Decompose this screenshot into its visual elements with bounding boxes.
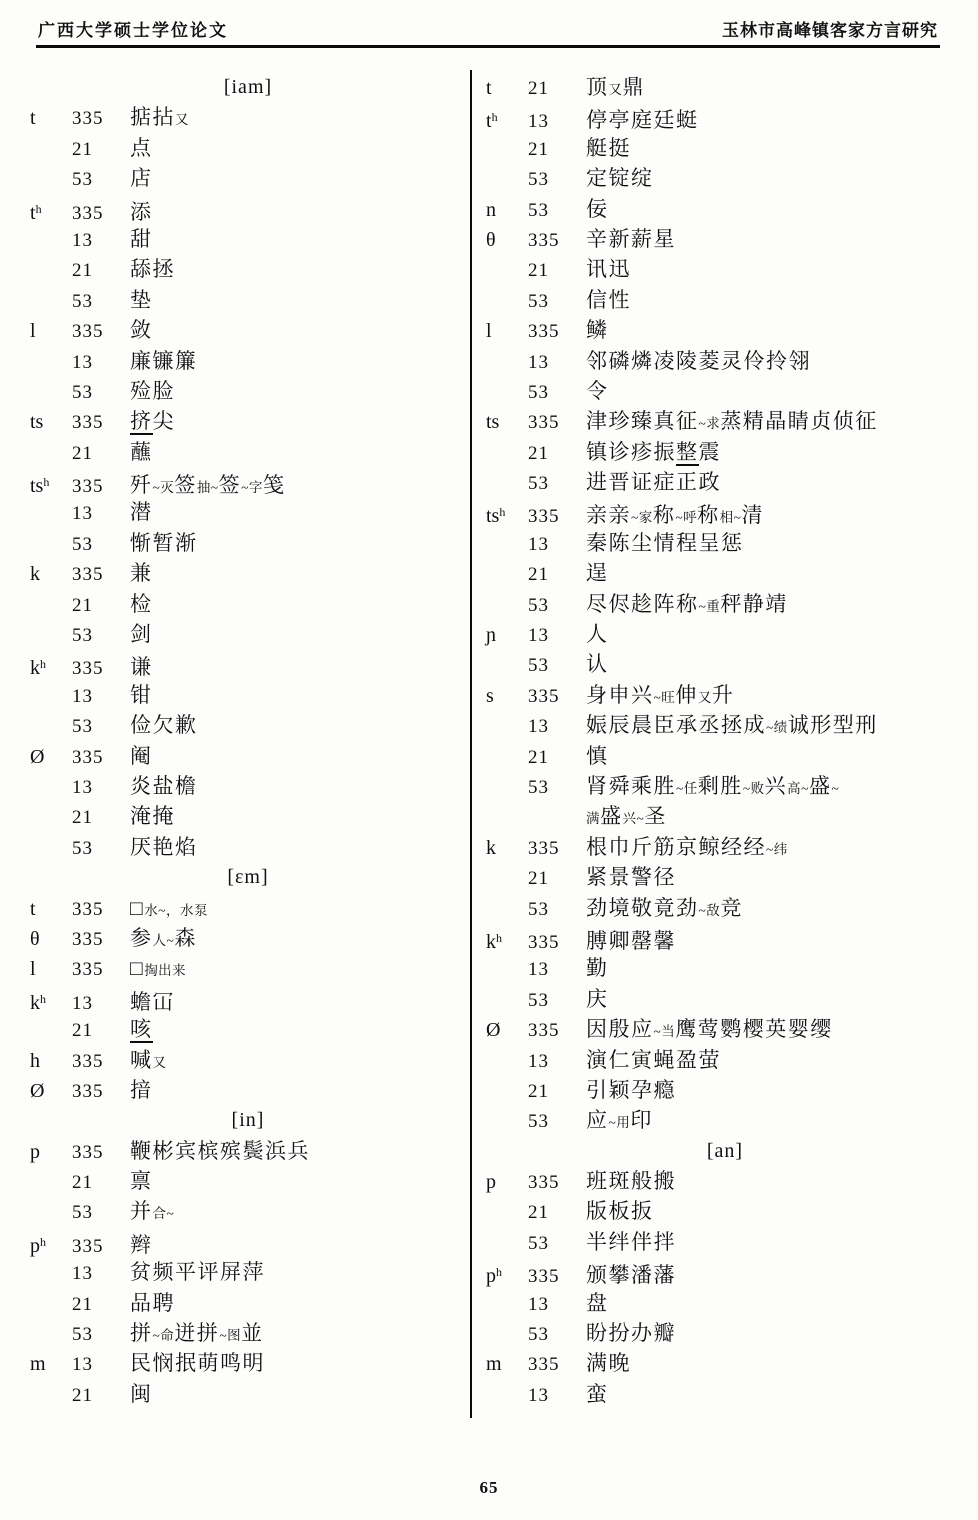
tone-number: 335 bbox=[72, 925, 130, 955]
character-group: 定锭绽 bbox=[586, 166, 654, 190]
tone-number: 13 bbox=[528, 1047, 586, 1077]
initial-consonant: k bbox=[30, 559, 72, 589]
usage-annotation: 水~，水泵 bbox=[144, 903, 208, 918]
entry-row: k335根巾斤筋京鲸经经~纬 bbox=[486, 832, 964, 862]
initial-consonant: th bbox=[30, 194, 72, 228]
entry-row: 53令 bbox=[486, 376, 964, 406]
entry-row: 53厌艳焰 bbox=[30, 832, 466, 862]
usage-annotation: ~ bbox=[831, 781, 839, 796]
entry-row: t335掂拈又 bbox=[30, 102, 466, 132]
right-column: t21顶又鼎th13停亭庭廷蜓21艇挺53定锭绽n53佞θ335辛新薪星21讯迅… bbox=[486, 72, 964, 1409]
homophone-characters: 半绊伴拌 bbox=[586, 1227, 676, 1257]
entry-row: kh335膊卿罄馨 bbox=[486, 923, 964, 953]
entry-row: l335敛 bbox=[30, 315, 466, 345]
character-group: 闽 bbox=[130, 1382, 153, 1406]
homophone-characters: 膊卿罄馨 bbox=[586, 926, 676, 956]
homophone-characters: 根巾斤筋京鲸经经~纬 bbox=[586, 832, 788, 865]
rhyme-section-header: [iam] bbox=[30, 72, 466, 102]
character-group: 蟾冚 bbox=[130, 990, 175, 1014]
initial-consonant: θ bbox=[486, 225, 528, 255]
usage-annotation: ~图 bbox=[219, 1328, 241, 1343]
entry-row: 13邻磷燐凌陵菱灵伶拎翎 bbox=[486, 346, 964, 376]
tone-number: 53 bbox=[528, 895, 586, 925]
entry-row: kh13蟾冚 bbox=[30, 984, 466, 1014]
tone-number: 53 bbox=[528, 986, 586, 1016]
character-group: 竞 bbox=[720, 896, 743, 920]
tone-number: 53 bbox=[528, 469, 586, 499]
entry-row: ts335津珍臻真征~求蒸精晶睛贞侦征 bbox=[486, 406, 964, 436]
entry-row: 21舔拯 bbox=[30, 254, 466, 284]
homophone-characters: 俭欠歉 bbox=[130, 710, 198, 740]
character-group: 镇诊疹振 bbox=[586, 440, 676, 464]
homophone-characters: 鳞 bbox=[586, 315, 609, 345]
tone-number: 335 bbox=[72, 654, 130, 684]
initial-consonant: h bbox=[30, 1046, 72, 1076]
character-group: 紧景警径 bbox=[586, 865, 676, 889]
character-group: 阉 bbox=[130, 744, 153, 768]
usage-annotation: ~败 bbox=[743, 781, 765, 796]
tone-number: 13 bbox=[72, 773, 130, 803]
character-group: 兴 bbox=[765, 774, 788, 798]
tone-number: 21 bbox=[528, 256, 586, 286]
entry-row: 53殓脸 bbox=[30, 376, 466, 406]
tone-number: 335 bbox=[528, 408, 586, 438]
character-group: 挤 bbox=[130, 409, 153, 435]
character-group: 信性 bbox=[586, 288, 631, 312]
character-group: 并 bbox=[130, 1199, 153, 1223]
tone-number: 21 bbox=[72, 1168, 130, 1198]
homophone-characters: 颁攀潘藩 bbox=[586, 1260, 676, 1290]
entry-row: m335满晚 bbox=[486, 1348, 964, 1378]
entry-row: 53半绊伴拌 bbox=[486, 1227, 964, 1257]
character-group: 班斑般搬 bbox=[586, 1169, 676, 1193]
tone-number: 21 bbox=[72, 439, 130, 469]
initial-consonant: th bbox=[486, 102, 528, 136]
entry-row: 21版板扳 bbox=[486, 1196, 964, 1226]
homophone-characters: 添 bbox=[130, 197, 153, 227]
character-group: 迸拼 bbox=[174, 1321, 219, 1345]
entry-row: 53应~用印 bbox=[486, 1105, 964, 1135]
entry-row: 53店 bbox=[30, 163, 466, 193]
tone-number: 53 bbox=[528, 196, 586, 226]
homophone-characters: 班斑般搬 bbox=[586, 1166, 676, 1196]
character-group: 盛 bbox=[809, 774, 832, 798]
homophone-characters: 蟾冚 bbox=[130, 987, 175, 1017]
character-group: 因殷应 bbox=[586, 1017, 654, 1041]
character-group: 惭暂渐 bbox=[130, 531, 198, 555]
character-group: 森 bbox=[174, 926, 197, 950]
entry-row: Ø335揞 bbox=[30, 1075, 466, 1105]
character-group: 停亭庭廷蜓 bbox=[586, 108, 699, 132]
usage-annotation: ~求 bbox=[699, 416, 721, 431]
usage-annotation: 兴~ bbox=[623, 811, 645, 826]
character-group: 伸 bbox=[675, 683, 698, 707]
rhyme-label: [in] bbox=[30, 1105, 466, 1135]
entry-row: 21紧景警径 bbox=[486, 862, 964, 892]
homophone-characters: 演仁寅蝇盈萤 bbox=[586, 1045, 721, 1075]
character-group: 俭欠歉 bbox=[130, 713, 198, 737]
entry-row: 13勤 bbox=[486, 953, 964, 983]
usage-annotation: ~字 bbox=[241, 480, 263, 495]
homophone-characters: 兼 bbox=[130, 558, 153, 588]
homophone-characters: 检 bbox=[130, 589, 153, 619]
tone-number: 21 bbox=[72, 803, 130, 833]
character-group: 参 bbox=[130, 926, 153, 950]
homophone-characters: 身申兴~旺伸又升 bbox=[586, 680, 734, 713]
usage-annotation: ~纬 bbox=[766, 842, 788, 857]
entry-row: 53劲境敬竟劲~敌竞 bbox=[486, 893, 964, 923]
initial-consonant: l bbox=[30, 954, 72, 984]
rhyme-section-header: [an] bbox=[486, 1136, 964, 1166]
initial-consonant: kh bbox=[30, 984, 72, 1018]
tone-number: 53 bbox=[72, 165, 130, 195]
initial-consonant: ɲ bbox=[486, 620, 528, 650]
character-group: 潜 bbox=[130, 500, 153, 524]
entry-row: ph335辫 bbox=[30, 1227, 466, 1257]
character-group: 讯迅 bbox=[586, 257, 631, 281]
homophone-characters: 剑 bbox=[130, 619, 153, 649]
tone-number: 335 bbox=[72, 472, 130, 502]
character-group: 邻磷燐凌陵菱灵伶拎翎 bbox=[586, 349, 811, 373]
entry-row: 13甜 bbox=[30, 224, 466, 254]
tone-number: 335 bbox=[72, 199, 130, 229]
entry-row: th13停亭庭廷蜓 bbox=[486, 102, 964, 132]
rhyme-section-header: [ɛm] bbox=[30, 862, 466, 892]
character-group: □ bbox=[130, 896, 144, 920]
tone-number: 21 bbox=[72, 591, 130, 621]
usage-annotation: ~任 bbox=[676, 781, 698, 796]
homophone-characters: 版板扳 bbox=[586, 1196, 654, 1226]
character-group: 尖 bbox=[153, 409, 176, 433]
page-number: 65 bbox=[0, 1478, 978, 1498]
character-group: 清 bbox=[741, 503, 764, 527]
character-group: 鞭彬宾槟殡鬓浜兵 bbox=[130, 1139, 310, 1163]
tone-number: 335 bbox=[528, 1350, 586, 1380]
homophone-characters: 蛮 bbox=[586, 1379, 609, 1409]
character-group: 津珍臻真征 bbox=[586, 409, 699, 433]
tone-number: 13 bbox=[528, 348, 586, 378]
entry-row: 21点 bbox=[30, 133, 466, 163]
homophone-characters: 应~用印 bbox=[586, 1105, 653, 1138]
character-group: 应 bbox=[586, 1108, 609, 1132]
entry-row: 21淹掩 bbox=[30, 801, 466, 831]
initial-consonant: Ø bbox=[30, 1076, 72, 1106]
tone-number: 13 bbox=[528, 712, 586, 742]
character-group: 震 bbox=[699, 440, 722, 464]
initial-consonant: ts bbox=[30, 407, 72, 437]
tone-number: 21 bbox=[528, 135, 586, 165]
character-group: 咳 bbox=[130, 1017, 153, 1043]
entry-row: Ø335阉 bbox=[30, 741, 466, 771]
tone-number: 21 bbox=[72, 135, 130, 165]
entry-row: 53尽侭趁阵称~重秤静靖 bbox=[486, 589, 964, 619]
homophone-characters: 敛 bbox=[130, 315, 153, 345]
tone-number: 335 bbox=[528, 834, 586, 864]
homophone-characters: 闽 bbox=[130, 1379, 153, 1409]
character-group: 蘸 bbox=[130, 440, 153, 464]
character-group: 签 bbox=[219, 473, 242, 497]
initial-consonant: ph bbox=[486, 1257, 528, 1291]
character-group: 佞 bbox=[586, 197, 609, 221]
initial-consonant: ts bbox=[486, 407, 528, 437]
tone-number: 335 bbox=[72, 955, 130, 985]
homophone-characters: 咳 bbox=[130, 1014, 153, 1044]
character-group: 贫频平评屏萍 bbox=[130, 1260, 265, 1284]
usage-annotation: ~呼 bbox=[675, 510, 697, 525]
entry-row: 53庆 bbox=[486, 984, 964, 1014]
homophone-characters: 引颖孕瘾 bbox=[586, 1075, 676, 1105]
tone-number: 13 bbox=[528, 107, 586, 137]
initial-consonant: s bbox=[486, 681, 528, 711]
homophone-characters: 舔拯 bbox=[130, 254, 175, 284]
character-group: 艇挺 bbox=[586, 136, 631, 160]
homophone-characters: 肾舜乘胜~任剩胜~败兴高~盛~ bbox=[586, 771, 839, 804]
homophone-characters: 淹掩 bbox=[130, 801, 175, 831]
tone-number: 13 bbox=[72, 1350, 130, 1380]
homophone-characters: 秦陈尘情程呈惩 bbox=[586, 528, 744, 558]
homophone-characters: 歼~灭签抽~签~字笺 bbox=[130, 470, 285, 503]
tone-number: 53 bbox=[528, 378, 586, 408]
entry-row: 21禀 bbox=[30, 1166, 466, 1196]
homophone-characters: 勤 bbox=[586, 953, 609, 983]
tone-number: 21 bbox=[528, 1077, 586, 1107]
entry-row: kh335谦 bbox=[30, 649, 466, 679]
character-group: 廉镰簾 bbox=[130, 349, 198, 373]
character-group: 炎盐檐 bbox=[130, 774, 198, 798]
character-group: 鼎 bbox=[623, 75, 646, 99]
homophone-characters: 满盛兴~圣 bbox=[586, 801, 667, 834]
homophone-characters: 并合~ bbox=[130, 1196, 174, 1229]
homophone-characters: 潜 bbox=[130, 497, 153, 527]
entry-row: th335添 bbox=[30, 194, 466, 224]
usage-annotation: 满 bbox=[586, 811, 600, 826]
entry-row: h335喊又 bbox=[30, 1045, 466, 1075]
tone-number: 53 bbox=[72, 1320, 130, 1350]
entry-row: 13钳 bbox=[30, 680, 466, 710]
tone-number: 53 bbox=[528, 1320, 586, 1350]
initial-consonant: m bbox=[486, 1349, 528, 1379]
entry-row: 53认 bbox=[486, 649, 964, 679]
initial-consonant: tsh bbox=[30, 467, 72, 501]
homophone-characters: 民悯抿萌鸣明 bbox=[130, 1348, 265, 1378]
homophone-characters: 喊又 bbox=[130, 1045, 167, 1078]
tone-number: 53 bbox=[72, 1198, 130, 1228]
tone-number: 13 bbox=[72, 226, 130, 256]
entry-row: 21咳 bbox=[30, 1014, 466, 1044]
entry-row: p335鞭彬宾槟殡鬓浜兵 bbox=[30, 1136, 466, 1166]
character-group: 劲境敬竟劲 bbox=[586, 896, 699, 920]
character-group: 颁攀潘藩 bbox=[586, 1263, 676, 1287]
character-group: 敛 bbox=[130, 318, 153, 342]
usage-annotation: ~当 bbox=[654, 1024, 676, 1039]
character-group: 满晚 bbox=[586, 1351, 631, 1375]
entry-row: ɲ13人 bbox=[486, 619, 964, 649]
character-group: 版板扳 bbox=[586, 1199, 654, 1223]
tone-number: 335 bbox=[72, 895, 130, 925]
character-group: 慎 bbox=[586, 744, 609, 768]
homophone-characters: 拼~命迸拼~图並 bbox=[130, 1318, 264, 1351]
tone-number: 335 bbox=[528, 1016, 586, 1046]
initial-consonant: n bbox=[486, 195, 528, 225]
initial-consonant: t bbox=[30, 894, 72, 924]
entry-continuation-row: 满盛兴~圣 bbox=[486, 801, 964, 831]
entry-row: 53俭欠歉 bbox=[30, 710, 466, 740]
tone-number: 53 bbox=[528, 651, 586, 681]
entry-row: k335兼 bbox=[30, 558, 466, 588]
tone-number: 21 bbox=[528, 74, 586, 104]
tone-number: 13 bbox=[528, 1290, 586, 1320]
initial-consonant: ph bbox=[30, 1227, 72, 1261]
entry-row: 53剑 bbox=[30, 619, 466, 649]
entry-row: l335□掏出来 bbox=[30, 953, 466, 983]
homophone-characters: 品聘 bbox=[130, 1288, 175, 1318]
homophone-characters: □掏出来 bbox=[130, 953, 186, 986]
entry-row: 53垫 bbox=[30, 285, 466, 315]
tone-number: 335 bbox=[528, 502, 586, 532]
entry-row: ts335挤尖 bbox=[30, 406, 466, 436]
usage-annotation: 人~ bbox=[153, 933, 175, 948]
homophone-characters: 慎 bbox=[586, 741, 609, 771]
usage-annotation: 又 bbox=[175, 112, 189, 127]
homophone-characters: 邻磷燐凌陵菱灵伶拎翎 bbox=[586, 346, 811, 376]
character-group: 引颖孕瘾 bbox=[586, 1078, 676, 1102]
tone-number: 335 bbox=[72, 1138, 130, 1168]
character-group: 称 bbox=[653, 503, 676, 527]
homophone-characters: 甜 bbox=[130, 224, 153, 254]
character-group: 谦 bbox=[130, 655, 153, 679]
usage-annotation: ~用 bbox=[609, 1115, 631, 1130]
entry-row: 21检 bbox=[30, 589, 466, 619]
entry-row: 13盘 bbox=[486, 1288, 964, 1318]
homophone-characters: 停亭庭廷蜓 bbox=[586, 105, 699, 135]
rhyme-section-header: [in] bbox=[30, 1105, 466, 1135]
entry-row: n53佞 bbox=[486, 194, 964, 224]
entry-row: 13炎盐檐 bbox=[30, 771, 466, 801]
character-group: 诚形型刑 bbox=[788, 713, 878, 737]
initial-consonant: t bbox=[30, 103, 72, 133]
tone-number: 335 bbox=[528, 317, 586, 347]
initial-consonant: Ø bbox=[486, 1015, 528, 1045]
usage-annotation: 掏出来 bbox=[144, 963, 186, 978]
character-group: 勤 bbox=[586, 956, 609, 980]
tone-number: 335 bbox=[528, 1262, 586, 1292]
character-group: 拼 bbox=[130, 1321, 153, 1345]
character-group: 尽侭趁阵称 bbox=[586, 592, 699, 616]
character-group: 升 bbox=[712, 683, 735, 707]
tone-number: 335 bbox=[72, 104, 130, 134]
entry-row: θ335参人~森 bbox=[30, 923, 466, 953]
homophone-characters: 艇挺 bbox=[586, 133, 631, 163]
character-group: 垫 bbox=[130, 288, 153, 312]
entry-row: 53拼~命迸拼~图並 bbox=[30, 1318, 466, 1348]
character-group: 半绊伴拌 bbox=[586, 1230, 676, 1254]
tone-number: 21 bbox=[528, 560, 586, 590]
usage-annotation: 高~ bbox=[787, 781, 809, 796]
character-group: 品聘 bbox=[130, 1291, 175, 1315]
entry-row: 53信性 bbox=[486, 285, 964, 315]
character-group: 淹掩 bbox=[130, 804, 175, 828]
homophone-characters: 点 bbox=[130, 133, 153, 163]
homophone-characters: 娠辰晨臣承丞拯成~绩诚形型刑 bbox=[586, 710, 878, 743]
character-group: 检 bbox=[130, 592, 153, 616]
homophone-characters: 讯迅 bbox=[586, 254, 631, 284]
character-group: 甜 bbox=[130, 227, 153, 251]
initial-consonant: l bbox=[486, 316, 528, 346]
tone-number: 13 bbox=[528, 1381, 586, 1411]
character-group: 称 bbox=[697, 503, 720, 527]
character-group: 歼 bbox=[130, 473, 153, 497]
tone-number: 335 bbox=[72, 743, 130, 773]
entry-row: Ø335因殷应~当鹰莺鹦樱英婴缨 bbox=[486, 1014, 964, 1044]
header-rule bbox=[36, 45, 940, 48]
tone-number: 335 bbox=[528, 928, 586, 958]
tone-number: 21 bbox=[72, 1016, 130, 1046]
homophone-characters: 佞 bbox=[586, 194, 609, 224]
entry-row: 21镇诊疹振整震 bbox=[486, 437, 964, 467]
homophone-characters: 盼扮办瓣 bbox=[586, 1318, 676, 1348]
homophone-characters: 盘 bbox=[586, 1288, 609, 1318]
homophone-characters: 劲境敬竟劲~敌竞 bbox=[586, 893, 743, 926]
tone-number: 53 bbox=[72, 621, 130, 651]
initial-consonant: m bbox=[30, 1349, 72, 1379]
entry-row: 21艇挺 bbox=[486, 133, 964, 163]
tone-number: 13 bbox=[528, 621, 586, 651]
tone-number: 53 bbox=[72, 712, 130, 742]
thesis-header-right: 玉林市高峰镇客家方言研究 bbox=[722, 16, 938, 41]
tone-number: 335 bbox=[72, 1232, 130, 1262]
character-group: 剩胜 bbox=[698, 774, 743, 798]
tone-number: 13 bbox=[72, 348, 130, 378]
entry-row: 21慎 bbox=[486, 741, 964, 771]
tone-number: 53 bbox=[528, 1229, 586, 1259]
homophone-characters: 店 bbox=[130, 163, 153, 193]
tone-number: 53 bbox=[528, 591, 586, 621]
tone-number: 335 bbox=[528, 226, 586, 256]
entry-row: 53盼扮办瓣 bbox=[486, 1318, 964, 1348]
homophone-characters: 参人~森 bbox=[130, 923, 197, 956]
character-group: 人 bbox=[586, 622, 609, 646]
character-group: 庆 bbox=[586, 987, 609, 1011]
usage-annotation: 又 bbox=[609, 82, 623, 97]
usage-annotation: ~绩 bbox=[766, 720, 788, 735]
initial-consonant: kh bbox=[30, 649, 72, 683]
tone-number: 53 bbox=[528, 773, 586, 803]
entry-row: 21讯迅 bbox=[486, 254, 964, 284]
usage-annotation: 合~ bbox=[153, 1206, 175, 1221]
entry-row: 53肾舜乘胜~任剩胜~败兴高~盛~ bbox=[486, 771, 964, 801]
tone-number: 53 bbox=[528, 1107, 586, 1137]
initial-consonant: p bbox=[486, 1167, 528, 1197]
homophone-characters: 挤尖 bbox=[130, 406, 175, 436]
character-group: 喊 bbox=[130, 1048, 153, 1072]
character-group: 鹰莺鹦樱英婴缨 bbox=[675, 1017, 833, 1041]
homophone-characters: 禀 bbox=[130, 1166, 153, 1196]
character-group: 令 bbox=[586, 379, 609, 403]
tone-number: 335 bbox=[528, 682, 586, 712]
character-group: 厌艳焰 bbox=[130, 835, 198, 859]
entry-row: 21逞 bbox=[486, 558, 964, 588]
entry-row: 13贫频平评屏萍 bbox=[30, 1257, 466, 1287]
tone-number: 53 bbox=[72, 287, 130, 317]
entry-row: 13廉镰簾 bbox=[30, 346, 466, 376]
character-group: 整 bbox=[676, 440, 699, 466]
entry-row: 13秦陈尘情程呈惩 bbox=[486, 528, 964, 558]
entry-row: 53定锭绽 bbox=[486, 163, 964, 193]
homophone-characters: 信性 bbox=[586, 285, 631, 315]
homophone-characters: 满晚 bbox=[586, 1348, 631, 1378]
initial-consonant: p bbox=[30, 1137, 72, 1167]
entry-row: t335□水~，水泵 bbox=[30, 893, 466, 923]
